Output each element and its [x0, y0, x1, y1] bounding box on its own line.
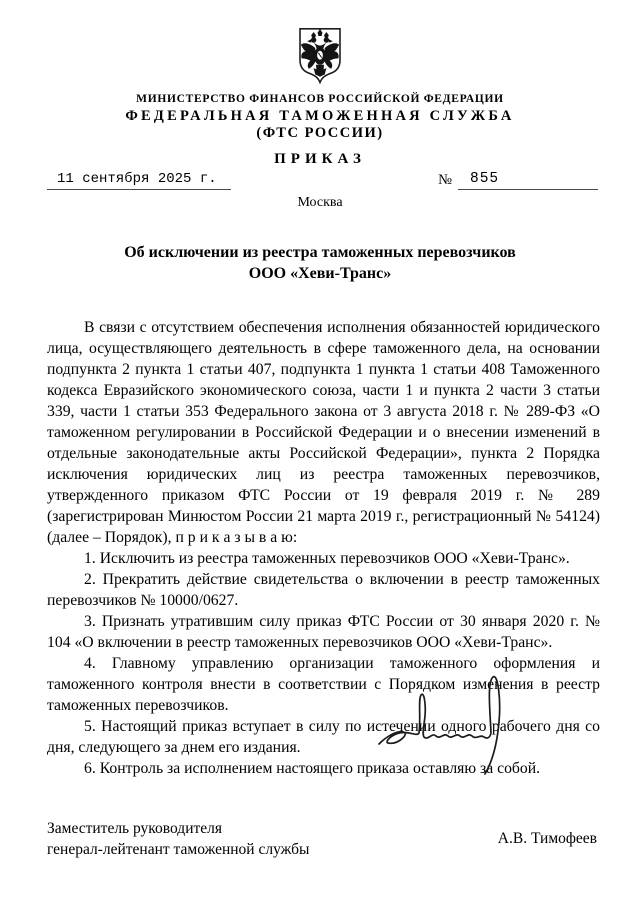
document-body: В связи с отсутствием обеспечения исполн…	[0, 317, 640, 779]
document-title: Об исключении из реестра таможенных пере…	[0, 242, 640, 284]
agency-short-name: (ФТС РОССИИ)	[0, 125, 640, 142]
signer-position: Заместитель руководителя генерал-лейтена…	[47, 818, 309, 860]
document-type-heading: ПРИКАЗ	[0, 151, 640, 168]
document-title-line1: Об исключении из реестра таможенных пере…	[0, 242, 640, 263]
russian-coat-of-arms-icon	[296, 26, 344, 86]
order-item-5: 5. Настоящий приказ вступает в силу по и…	[47, 716, 600, 758]
order-item-2: 2. Прекратить действие свидетельства о в…	[47, 569, 600, 611]
emblem-container	[0, 0, 640, 86]
document-number: 855	[458, 171, 598, 190]
signer-position-line2: генерал-лейтенант таможенной службы	[47, 839, 309, 860]
preamble-paragraph: В связи с отсутствием обеспечения исполн…	[47, 317, 600, 548]
meta-row: 11 сентября 2025 г. № 855	[0, 171, 640, 190]
signature-block: Заместитель руководителя генерал-лейтена…	[0, 818, 640, 860]
document-page: МИНИСТЕРСТВО ФИНАНСОВ РОССИЙСКОЙ ФЕДЕРАЦ…	[0, 0, 640, 905]
order-item-1: 1. Исключить из реестра таможенных перев…	[47, 548, 600, 569]
signer-name: А.В. Тимофеев	[498, 830, 597, 848]
number-sign: №	[438, 172, 458, 190]
signer-position-line1: Заместитель руководителя	[47, 818, 309, 839]
document-number-field: № 855	[438, 171, 598, 190]
order-item-4: 4. Главному управлению организации тамож…	[47, 653, 600, 716]
order-item-3: 3. Признать утратившим силу приказ ФТС Р…	[47, 611, 600, 653]
order-item-6: 6. Контроль за исполнением настоящего пр…	[47, 758, 600, 779]
document-date: 11 сентября 2025 г.	[47, 171, 231, 190]
agency-name: ФЕДЕРАЛЬНАЯ ТАМОЖЕННАЯ СЛУЖБА	[0, 108, 640, 125]
ministry-name: МИНИСТЕРСТВО ФИНАНСОВ РОССИЙСКОЙ ФЕДЕРАЦ…	[0, 93, 640, 105]
document-city: Москва	[0, 195, 640, 211]
document-title-line2: ООО «Хеви-Транс»	[0, 263, 640, 284]
